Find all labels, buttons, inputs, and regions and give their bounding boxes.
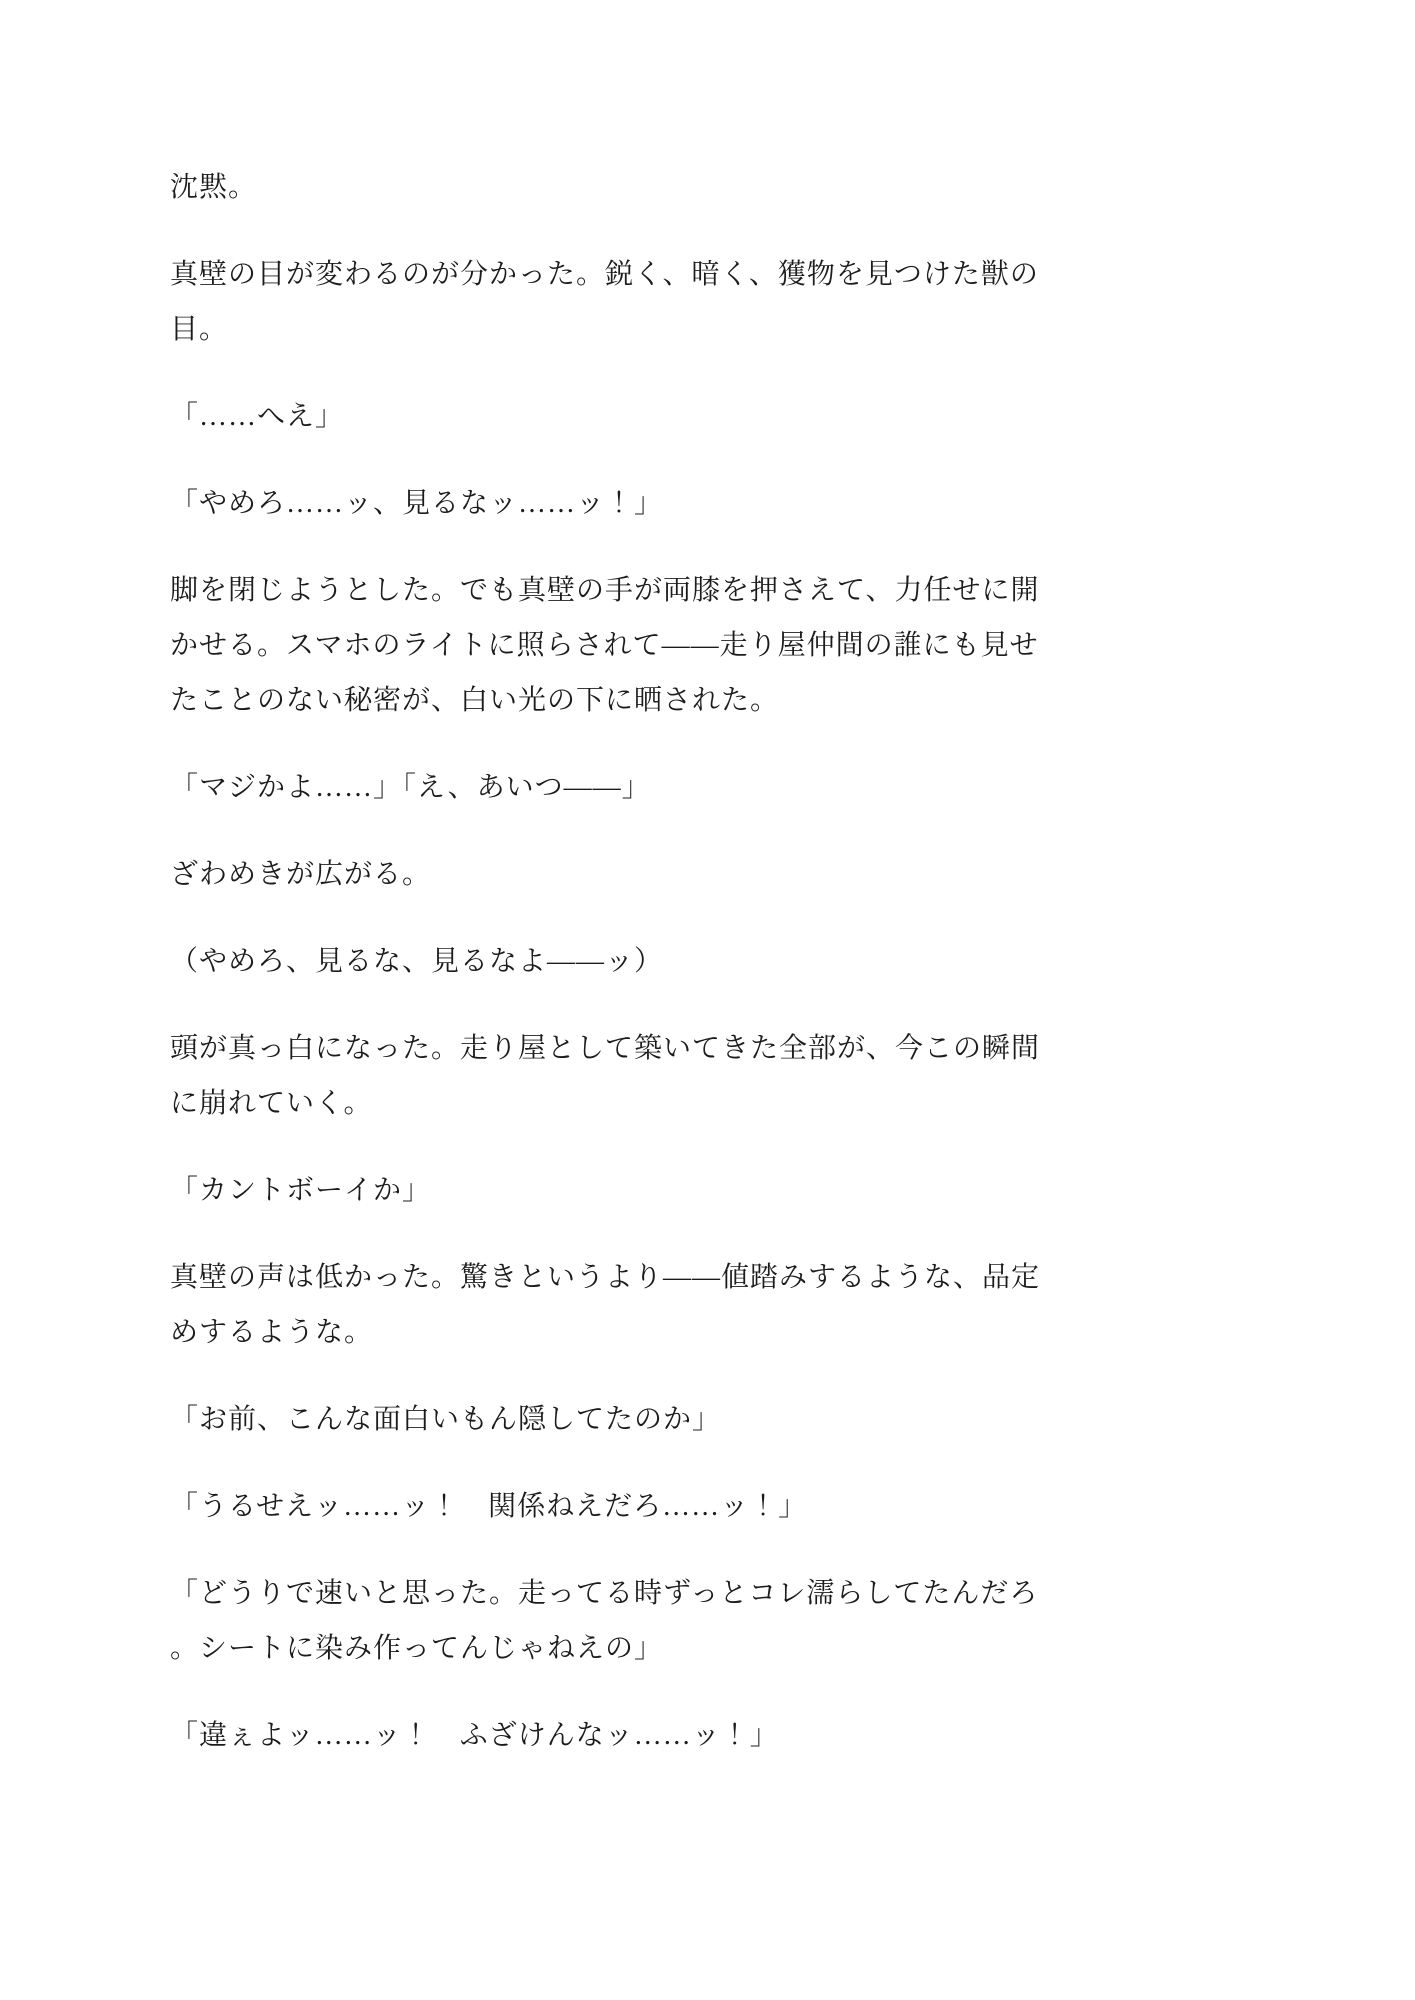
document-page: 沈黙。 真壁の目が変わるのが分かった。鋭く、暗く、獲物を見つけた獣の 目。 「…… (0, 0, 1415, 2000)
dialogue-omae: 「お前、こんな面白いもん隠してたのか」 (170, 1392, 1250, 1447)
paragraph-narration-blank: 頭が真っ白になった。走り屋として築いてきた全部が、今この瞬間 に崩れていく。 (170, 1021, 1250, 1131)
dialogue-chigeeyo: 「違ぇよッ……ッ！ ふざけんなッ……ッ！」 (170, 1708, 1250, 1763)
document-body: 沈黙。 真壁の目が変わるのが分かった。鋭く、暗く、獲物を見つけた獣の 目。 「…… (170, 160, 1275, 1763)
dialogue-yamero-miruna: 「やめろ……ッ、見るなッ……ッ！」 (170, 476, 1250, 531)
paragraph-narration-voice: 真壁の声は低かった。驚きというより——値踏みするような、品定 めするような。 (170, 1250, 1250, 1360)
dialogue-urusee: 「うるせえッ……ッ！ 関係ねえだろ……ッ！」 (170, 1479, 1250, 1534)
paragraph-silence: 沈黙。 (170, 160, 1250, 215)
inner-monologue: （やめろ、見るな、見るなよ——ッ） (170, 934, 1250, 989)
paragraph-narration-legs: 脚を閉じようとした。でも真壁の手が両膝を押さえて、力任せに開 かせる。スマホのラ… (170, 563, 1250, 728)
dialogue-hee: 「……へえ」 (170, 389, 1250, 444)
dialogue-cuntboy: 「カントボーイか」 (170, 1163, 1250, 1218)
dialogue-majikayo: 「マジかよ……」「え、あいつ——」 (170, 760, 1250, 815)
dialogue-douride: 「どうりで速いと思った。走ってる時ずっとコレ濡らしてたんだろ 。シートに染み作っ… (170, 1566, 1250, 1676)
paragraph-narration-murmur: ざわめきが広がる。 (170, 847, 1250, 902)
paragraph-narration-eyes: 真壁の目が変わるのが分かった。鋭く、暗く、獲物を見つけた獣の 目。 (170, 247, 1250, 357)
